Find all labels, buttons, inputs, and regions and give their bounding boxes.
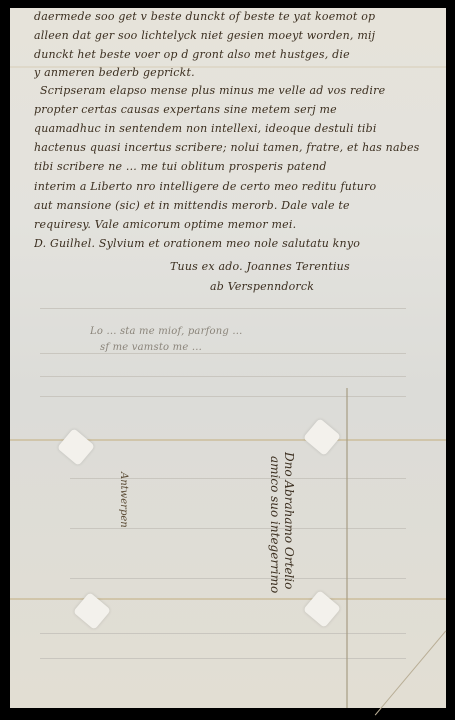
letter-line: requiresy. Vale amicorum optime memor me… xyxy=(34,218,438,231)
signature-line: Tuus ex ado. Joannes Terentius xyxy=(170,260,438,273)
letter-line: y anmeren bederb geprickt. xyxy=(34,66,438,79)
letter-line: propter certas causas expertans sine met… xyxy=(34,103,438,116)
letter-line: Scripseram elapso mense plus minus me ve… xyxy=(40,84,438,97)
letter-line: dunckt het beste voer op d gront also me… xyxy=(34,48,438,61)
letter-line: aut mansione (sic) et in mittendis meror… xyxy=(34,199,438,212)
faint-text-line: Lo ... sta me miof, parfong ... xyxy=(90,326,366,337)
faint-text-line: sf me vamsto me ... xyxy=(100,342,326,353)
letter-line: quamadhuc in sentendem non intellexi, id… xyxy=(34,122,438,135)
letter-line: interim a Liberto nro intelligere de cer… xyxy=(34,180,438,193)
address-line: Dno Abrahamo Ortelio xyxy=(282,452,296,589)
docket-note: Antwerpen xyxy=(118,472,129,528)
paper-crease xyxy=(375,631,446,716)
wax-seal-remnant xyxy=(57,428,95,466)
letter-line: hactenus quasi incertus scribere; nolui … xyxy=(34,141,438,154)
manuscript-page: daermede soo get v beste dunckt of beste… xyxy=(10,8,446,708)
signature-line: ab Verspenndorck xyxy=(210,280,438,293)
letter-line: D. Guilhel. Sylvium et orationem meo nol… xyxy=(34,237,438,250)
address-line: amico suo integerrimo xyxy=(268,456,282,593)
wax-seal-remnant xyxy=(303,418,341,456)
fold-line-lower xyxy=(10,598,446,600)
letter-line: tibi scribere ne ... me tui oblitum pros… xyxy=(34,160,438,173)
letter-line: alleen dat ger soo lichtelyck niet gesie… xyxy=(34,29,438,42)
letter-line: daermede soo get v beste dunckt of beste… xyxy=(34,10,438,23)
fold-line-vertical xyxy=(346,388,348,708)
wax-seal-remnant xyxy=(303,590,341,628)
